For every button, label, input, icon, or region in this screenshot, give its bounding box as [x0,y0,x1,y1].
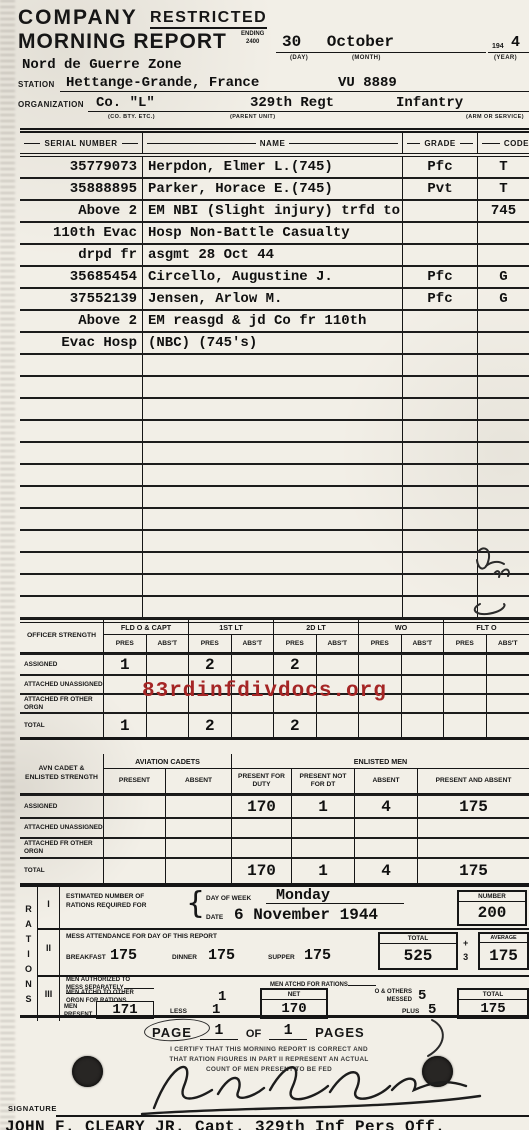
ruled-dash [407,143,420,144]
roster-cell-grade [403,443,478,463]
mess-total-value: 525 [380,944,456,968]
roster-cell-name [143,443,403,463]
officer-value-cell: 1 [104,714,147,737]
org-unit-sublabel: (CO. BTY. ETC.) [108,114,155,120]
roster-cell-serial: 110th Evac [20,223,143,243]
mess-average-value: 175 [480,943,527,968]
abst-subheader: ABS'T [317,635,360,652]
group-enlisted-men: ENLISTED MEN [232,754,529,768]
roster-cell-serial [20,465,143,485]
zone-entry: Nord de Guerre Zone [22,57,182,73]
roster-cell-code: G [478,289,529,309]
roster-cell-serial: 37552139 [20,289,143,309]
abst-subheader: ABS'T [147,635,190,652]
ruled-dash [147,143,256,144]
ending-2400-label: ENDING 2400 [241,31,264,47]
roster-cell-code: 745 [478,201,529,221]
group-1st-lt: 1ST LT [189,620,274,634]
handwritten-signature [132,1042,488,1120]
roster-cell-serial [20,355,143,375]
officer-value-cell [402,714,445,737]
officer-value-cell [104,676,147,693]
report-date: 30 October [282,33,394,51]
page-count-line: PAGE 1 OF 1 PAGES [152,1022,365,1040]
pres-subheader: PRES [359,635,402,652]
rations-required-line1: ESTIMATED NUMBER OF [66,892,146,901]
roster-cell-serial [20,443,143,463]
less-value: 1 [212,1002,220,1018]
men-present-line1: MEN [64,1004,92,1012]
company-title: COMPANY [18,6,138,30]
roster-cell-code: G [478,267,529,287]
mess-separately-line1: MEN AUTHORIZED TO [66,977,154,985]
ruled-dash [460,143,473,144]
roster-cell-grade: Pvt [403,179,478,199]
year-digit: 4 [511,34,520,51]
roster-cell-code [478,377,529,397]
roster-cell-name [143,553,403,573]
enlisted-value-cell [232,839,292,857]
section-ii-numeral: II [38,943,59,953]
dinner-value: 175 [208,947,235,964]
year-sublabel: (YEAR) [494,55,517,61]
roster-cell-serial [20,531,143,551]
divide-plus-sign: + [463,937,468,951]
roster-cell-serial: 35685454 [20,267,143,287]
row-label: TOTAL [20,714,104,737]
station-underline [60,91,529,92]
name-column-header: NAME [143,133,403,153]
rations-required-label: ESTIMATED NUMBER OF RATIONS REQUIRED FOR [66,892,146,910]
abst-subheader: ABS'T [402,635,445,652]
roster-cell-name: Circello, Augustine J. [143,267,403,287]
officer-value-cell: 2 [189,655,232,674]
roster-row: 35779073 Herpdon, Elmer L.(745) Pfc T [20,157,529,179]
morning-report-scan: COMPANY RESTRICTED MORNING REPORT ENDING… [0,0,529,1130]
roster-row [20,399,529,421]
roster-cell-name [143,597,403,617]
pres-subheader: PRES [189,635,232,652]
ruled-dash [289,143,398,144]
grade-header-label: GRADE [424,139,455,148]
date-label: DATE [206,913,223,922]
rations-date-value: 6 November 1944 [234,906,378,924]
roster-cell-code [478,465,529,485]
enlisted-value-cell [292,819,355,837]
pres-subheader: PRES [444,635,487,652]
officer-value-cell [487,695,529,712]
dinner-label: DINNER [172,953,197,962]
abst-subheader: ABS'T [487,635,529,652]
enlisted-value-cell: 4 [355,796,418,817]
officer-strength-columns: FLD O & CAPT 1ST LT 2D LT WO FLT O PRES … [104,620,529,652]
atchd-other-line1: MEN ATCHD TO OTHER [66,990,134,998]
group-fldo-capt: FLD O & CAPT [104,620,189,634]
roster-row: 110th Evac Hosp Non-Battle Casualty [20,223,529,245]
net-box-label: NET [262,990,326,1000]
row-label: ASSIGNED [20,655,104,674]
enlisted-value-cell [355,839,418,857]
others-messed-value: 5 [418,988,426,1004]
org-parent-unit: 329th Regt [250,95,334,111]
roster-cell-serial [20,597,143,617]
cadets-present-subheader: PRESENT [104,769,166,793]
roster-cell-serial: Above 2 [20,311,143,331]
roster-row [20,443,529,465]
roster-cell-code [478,333,529,353]
officer-value-cell [232,714,275,737]
plus-value: 5 [428,1002,436,1018]
roster-cell-serial: drpd fr [20,245,143,265]
row-label: ATTACHED FR OTHER ORGN [20,839,104,857]
officer-value-cell [487,655,529,674]
officer-strength-title: OFFICER STRENGTH [20,620,104,652]
roster-cell-code [478,421,529,441]
roster-cell-grade: Pfc [403,267,478,287]
section-iii-numeral: III [38,989,59,999]
mess-total-label: TOTAL [380,934,456,944]
enlisted-value-cell: 1 [292,859,355,883]
officer-value-cell [359,714,402,737]
roster-cell-name: (NBC) (745's) [143,333,403,353]
punch-hole-left [72,1056,103,1087]
roster-cell-serial: Evac Hosp [20,333,143,353]
organization-label: ORGANIZATION [18,100,84,109]
roster-row: 35685454 Circello, Augustine J. Pfc G [20,267,529,289]
roster-cell-grade [403,201,478,221]
signer-typed-name: JOHN F. CLEARY JR. Capt. 329th Inf Pers … [5,1118,445,1130]
roster-row: Above 2 EM NBI (Slight injury) trfd to 7… [20,201,529,223]
pages-label: PAGES [315,1025,365,1040]
enlisted-value-cell [104,839,166,857]
enlisted-value-cell [104,819,166,837]
divide-number: 3 [463,951,468,965]
ending-value: 2400 [241,39,264,47]
enlisted-value-cell [355,819,418,837]
abst-subheader: ABS'T [232,635,275,652]
rations-side-label: RATIONS [20,887,38,1021]
org-arm-sublabel: (ARM OR SERVICE) [466,114,524,120]
plus-label: PLUS [402,1007,419,1016]
officer-value-cell [444,695,487,712]
roster-cell-name [143,421,403,441]
roster-cell-code: T [478,179,529,199]
page-label: PAGE [152,1025,192,1040]
roster-cell-grade [403,311,478,331]
roster-cell-grade [403,509,478,529]
page-number: 1 [200,1022,238,1040]
enlisted-value-cell [104,859,166,883]
roster-cell-serial: 35888895 [20,179,143,199]
blank-line [124,988,154,989]
enlisted-strength-row: TOTAL 170 1 4 175 [20,857,529,883]
row-label: ATTACHED FR OTHER ORGN [20,695,104,712]
em-absent-subheader: ABSENT [355,769,418,793]
roster-cell-grade [403,377,478,397]
roster-cell-serial: 35779073 [20,157,143,177]
enlisted-strength-row: ATTACHED UNASSIGNED [20,817,529,837]
enlisted-group-row: AVIATION CADETS ENLISTED MEN [104,754,529,769]
enlisted-subheader-row: PRESENT ABSENT PRESENT FOR DUTY PRESENT … [104,769,529,793]
enlisted-value-cell [418,819,529,837]
roster-row [20,465,529,487]
roster-cell-serial [20,421,143,441]
roster-cell-name [143,487,403,507]
officer-strength-row: ASSIGNED 1 2 2 [20,653,529,674]
serial-header-label: SERIAL NUMBER [44,139,117,148]
roster-cell-name: EM NBI (Slight injury) trfd to [143,201,403,221]
supper-value: 175 [304,947,331,964]
blank-line [348,985,376,986]
officer-value-cell [359,655,402,674]
day-of-week-label: DAY OF WEEK [206,894,251,903]
roster-cell-grade [403,355,478,375]
enlisted-strength-header: AVN CADET & ENLISTED STRENGTH AVIATION C… [20,754,529,794]
less-label: LESS [170,1007,187,1016]
pres-subheader: PRES [274,635,317,652]
rations-section-numerals: I II III [38,887,60,1021]
row-label: ATTACHED UNASSIGNED [20,676,104,693]
officer-value-cell [317,655,360,674]
roster-cell-code [478,487,529,507]
enlisted-value-cell: 175 [418,796,529,817]
roster-cell-name [143,531,403,551]
roster-cell-name: EM reasgd & jd Co fr 110th [143,311,403,331]
avn-cadet-enlisted-title: AVN CADET & ENLISTED STRENGTH [20,754,104,793]
group-flt-o: FLT O [444,620,529,634]
officer-value-cell [232,655,275,674]
supper-label: SUPPER [268,953,295,962]
group-2d-lt: 2D LT [274,620,359,634]
officer-value-cell [317,714,360,737]
mess-average-box: AVERAGE 175 [478,932,529,970]
enlisted-value-cell [104,796,166,817]
roster-cell-grade: Pfc [403,157,478,177]
em-present-not-for-duty-subheader: PRESENT NOT FOR DT [292,769,355,793]
pres-subheader: PRES [104,635,147,652]
roster-cell-grade [403,333,478,353]
roster-cell-code: T [478,157,529,177]
enlisted-strength-body: ASSIGNED 170 1 4 175 ATTACHED UNASSIGNED [20,794,529,883]
station-value: Hettange-Grande, France [66,75,259,91]
grade-column-header: GRADE [403,133,478,153]
organization-underline [88,111,529,112]
roster-row: Above 2 EM reasgd & jd Co fr 110th [20,311,529,333]
officer-group-row: FLD O & CAPT 1ST LT 2D LT WO FLT O [104,620,529,635]
others-messed-line2: MESSED [350,997,412,1005]
officer-strength-header: OFFICER STRENGTH FLD O & CAPT 1ST LT 2D … [20,620,529,653]
men-present-value: 171 [112,1002,137,1018]
roster-row [20,487,529,509]
report-footer: PAGE 1 OF 1 PAGES I CERTIFY THAT THIS MO… [0,1018,529,1130]
officer-value-cell [147,655,190,674]
day-sublabel: (DAY) [290,55,308,61]
roster-row: 35888895 Parker, Horace E.(745) Pvt T [20,179,529,201]
roster-row [20,509,529,531]
ruled-dash [24,143,40,144]
mess-average-label: AVERAGE [480,934,527,943]
officer-value-cell [444,714,487,737]
day-of-week-value: Monday [276,887,330,904]
roster-cell-name: Parker, Horace E.(745) [143,179,403,199]
officer-value-cell: 1 [104,655,147,674]
year-underline [488,52,529,53]
roster-cell-code [478,311,529,331]
divide-by-three: + 3 [463,937,468,964]
of-label: OF [246,1028,261,1040]
roster-header-row: SERIAL NUMBER NAME GRADE CODE [20,133,529,157]
roster-cell-serial [20,509,143,529]
roster-cell-serial [20,399,143,419]
code-column-header: CODE [478,133,529,153]
officer-value-cell [487,714,529,737]
officer-value-cell [402,655,445,674]
number-box-label: NUMBER [459,892,525,902]
officer-value-cell [402,676,445,693]
roster-cell-code [478,509,529,529]
station-coordinates: VU 8889 [338,75,397,91]
scan-edge-noise [0,0,15,1130]
roster-cell-name [143,465,403,485]
breakfast-label: BREAKFAST [66,953,106,962]
net-box-value: 170 [262,1000,326,1017]
roster-cell-grade [403,399,478,419]
roster-cell-code [478,245,529,265]
ruled-dash [482,143,500,144]
signature-underline [56,1115,529,1117]
roster-cell-name [143,377,403,397]
pages-number: 1 [269,1022,307,1040]
enlisted-strength-row: ASSIGNED 170 1 4 175 [20,794,529,817]
group-wo: WO [359,620,444,634]
enlisted-value-cell: 4 [355,859,418,883]
serial-number-column-header: SERIAL NUMBER [20,133,143,153]
roster-cell-serial [20,553,143,573]
roster-cell-name [143,509,403,529]
roster-row [20,377,529,399]
number-box: NUMBER 200 [457,890,527,926]
roster-row: Evac Hosp (NBC) (745's) [20,333,529,355]
em-present-and-absent-subheader: PRESENT AND ABSENT [418,769,529,793]
officer-value-cell: 2 [274,655,317,674]
roster-cell-name [143,399,403,419]
rations-total-box: TOTAL 175 [457,988,529,1019]
org-parent-sublabel: (PARENT UNIT) [230,114,275,120]
enlisted-value-cell [166,859,232,883]
officer-value-cell: 2 [189,714,232,737]
enlisted-value-cell [166,819,232,837]
number-box-value: 200 [459,902,525,924]
roster-cell-name [143,575,403,595]
archive-watermark: 83rdinfdivdocs.org [142,680,387,703]
enlisted-value-cell [232,819,292,837]
enlisted-strength-columns: AVIATION CADETS ENLISTED MEN PRESENT ABS… [104,754,529,793]
roster-cell-code [478,223,529,243]
net-box: NET 170 [260,988,328,1019]
roster-cell-name: Hosp Non-Battle Casualty [143,223,403,243]
row-label: ASSIGNED [20,796,104,817]
officer-value-cell [104,695,147,712]
group-aviation-cadets: AVIATION CADETS [104,754,232,768]
row-label: ATTACHED UNASSIGNED [20,819,104,837]
officer-value-cell [444,655,487,674]
name-header-label: NAME [260,139,286,148]
brace-glyph: { [186,886,205,921]
officer-value-cell [487,676,529,693]
roster-row: 37552139 Jensen, Arlow M. Pfc G [20,289,529,311]
rations-total-label: TOTAL [459,990,527,1000]
station-label: STATION [18,80,55,89]
roster-cell-serial [20,575,143,595]
roster-cell-name: asgmt 28 Oct 44 [143,245,403,265]
month-sublabel: (MONTH) [352,55,381,61]
roster-cell-grade [403,245,478,265]
cadets-absent-subheader: ABSENT [166,769,232,793]
roster-cell-code [478,399,529,419]
enlisted-value-cell: 170 [232,859,292,883]
year-prefix: 194 [492,43,504,50]
page-title: MORNING REPORT [18,30,227,54]
officer-value-cell [444,676,487,693]
mess-attendance-label: MESS ATTENDANCE FOR DAY OF THIS REPORT [66,932,217,941]
enlisted-value-cell: 170 [232,796,292,817]
day-of-week-underline [266,903,404,904]
section-i-numeral: I [38,899,59,909]
officer-value-cell: 2 [274,714,317,737]
rations-required-line2: RATIONS REQUIRED FOR [66,901,146,910]
enlisted-strength-row: ATTACHED FR OTHER ORGN [20,837,529,857]
section-divider [38,928,529,930]
roster-cell-grade: Pfc [403,289,478,309]
roster-cell-serial [20,487,143,507]
mess-total-box: TOTAL 525 [378,932,458,970]
restricted-stamp: RESTRICTED [150,9,267,29]
roster-cell-grade [403,487,478,507]
handwritten-scribble-mark [438,546,526,618]
roster-cell-name: Herpdon, Elmer L.(745) [143,157,403,177]
ending-label: ENDING [241,31,264,39]
date-underline [276,52,486,53]
enlisted-value-cell [292,839,355,857]
roster-row [20,421,529,443]
officer-value-cell [147,714,190,737]
org-arm-service: Infantry [396,95,463,111]
officer-strength-row: TOTAL 1 2 2 [20,712,529,737]
roster-cell-name: Jensen, Arlow M. [143,289,403,309]
roster-cell-serial: Above 2 [20,201,143,221]
roster-row [20,355,529,377]
row-label: TOTAL [20,859,104,883]
roster-cell-serial [20,377,143,397]
officer-value-cell [402,695,445,712]
code-header-label: CODE [504,139,529,148]
roster-cell-code [478,443,529,463]
others-messed-line1: O & OTHERS [350,989,412,997]
roster-cell-grade [403,421,478,441]
roster-cell-code [478,355,529,375]
rations-total-value: 175 [459,1000,527,1017]
enlisted-value-cell [166,839,232,857]
men-present-box: 171 [96,1001,154,1019]
enlisted-value-cell [166,796,232,817]
enlisted-strength-table: AVN CADET & ENLISTED STRENGTH AVIATION C… [20,754,529,886]
rations-section: RATIONS I II III ESTIMATED NUMBER OF RAT… [20,884,529,1018]
enlisted-value-cell [418,839,529,857]
enlisted-value-cell: 1 [292,796,355,817]
ruled-dash [122,143,138,144]
roster-cell-name [143,355,403,375]
org-unit: Co. "L" [96,95,155,111]
